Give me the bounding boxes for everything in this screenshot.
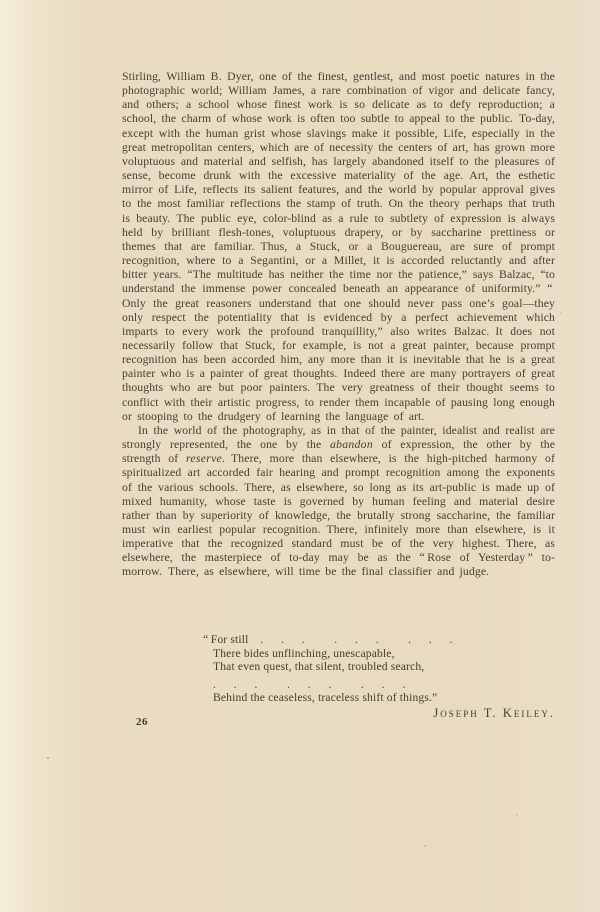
paragraph: In the world of the photography, as in t… [122, 424, 555, 580]
italic-phrase: reserve [186, 452, 222, 465]
poem-line: “ For still . . . . . . . . . [213, 633, 555, 647]
text-segment: Stirling, William B. Dyer, one of the fi… [122, 70, 555, 423]
paper-speck [424, 845, 426, 847]
poem-quote: “ For still . . . . . . . . .There bides… [122, 633, 555, 705]
poem-line: . . . . . . . . . [213, 678, 555, 692]
poem-line: That even quest, that silent, troubled s… [213, 660, 555, 674]
text-segment: . There, more than elsewhere, is the hig… [122, 452, 555, 578]
paper-speck [516, 814, 518, 816]
body-text: Stirling, William B. Dyer, one of the fi… [122, 70, 555, 580]
author-signature: Joseph T. Keiley. [122, 707, 555, 721]
poem-section: “ For still . . . . . . . . .There bides… [122, 633, 555, 721]
italic-phrase: abandon [330, 438, 373, 451]
poem-line: Behind the ceaseless, traceless shift of… [213, 691, 555, 705]
paper-speck [47, 757, 49, 759]
paper-speck [560, 312, 562, 314]
poem-line: There bides unflinching, unescapable, [213, 647, 555, 661]
book-page: Stirling, William B. Dyer, one of the fi… [0, 0, 600, 912]
page-number: 26 [136, 716, 148, 728]
paragraph: Stirling, William B. Dyer, one of the fi… [122, 70, 555, 424]
